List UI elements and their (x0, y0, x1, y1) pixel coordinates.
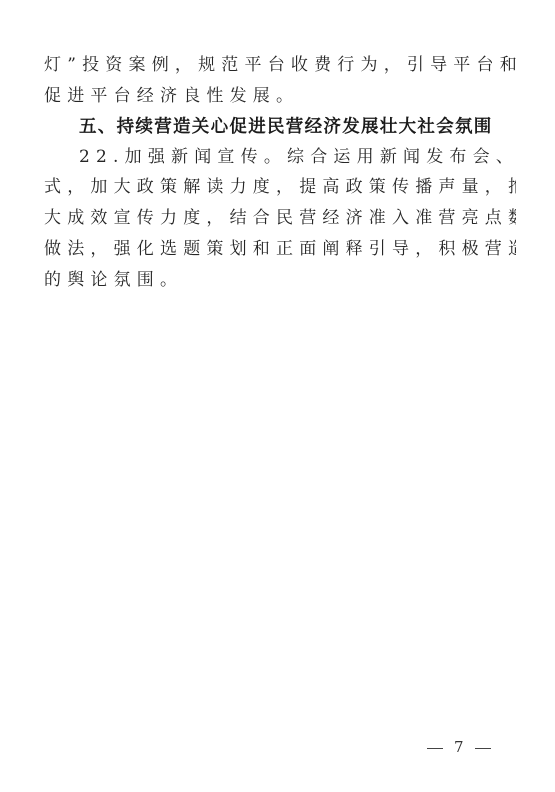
body-text-line: 促进平台经济良性发展。 (44, 81, 516, 112)
paragraph-line: 大成效宣传力度，结合民营经济准入准营亮点数据、各地典型经验 (44, 203, 516, 234)
paragraph-line: 式，加大政策解读力度，提高政策传播声量，推动政策效能释放；加 (44, 172, 516, 203)
paragraph-line: 做法，强化选题策划和正面阐释引导，积极营造民营经济健康发展 (44, 234, 516, 265)
paragraph-line: 的舆论氛围。 (44, 265, 516, 296)
footer-dash-left (427, 748, 443, 749)
page-number: 7 (443, 735, 475, 759)
footer-dash-right (475, 748, 491, 749)
body-text-line: 灯”投资案例，规范平台收费行为，引导平台和中小商户共赢合作， (44, 50, 516, 81)
page-footer: 7 (427, 735, 491, 759)
paragraph-line: 22.加强新闻宣传。综合运用新闻发布会、集体采访等多种形 (79, 142, 516, 173)
section-heading: 五、持续营造关心促进民营经济发展壮大社会氛围 (79, 112, 516, 143)
document-page: 灯”投资案例，规范平台收费行为，引导平台和中小商户共赢合作， 促进平台经济良性发… (0, 0, 555, 792)
